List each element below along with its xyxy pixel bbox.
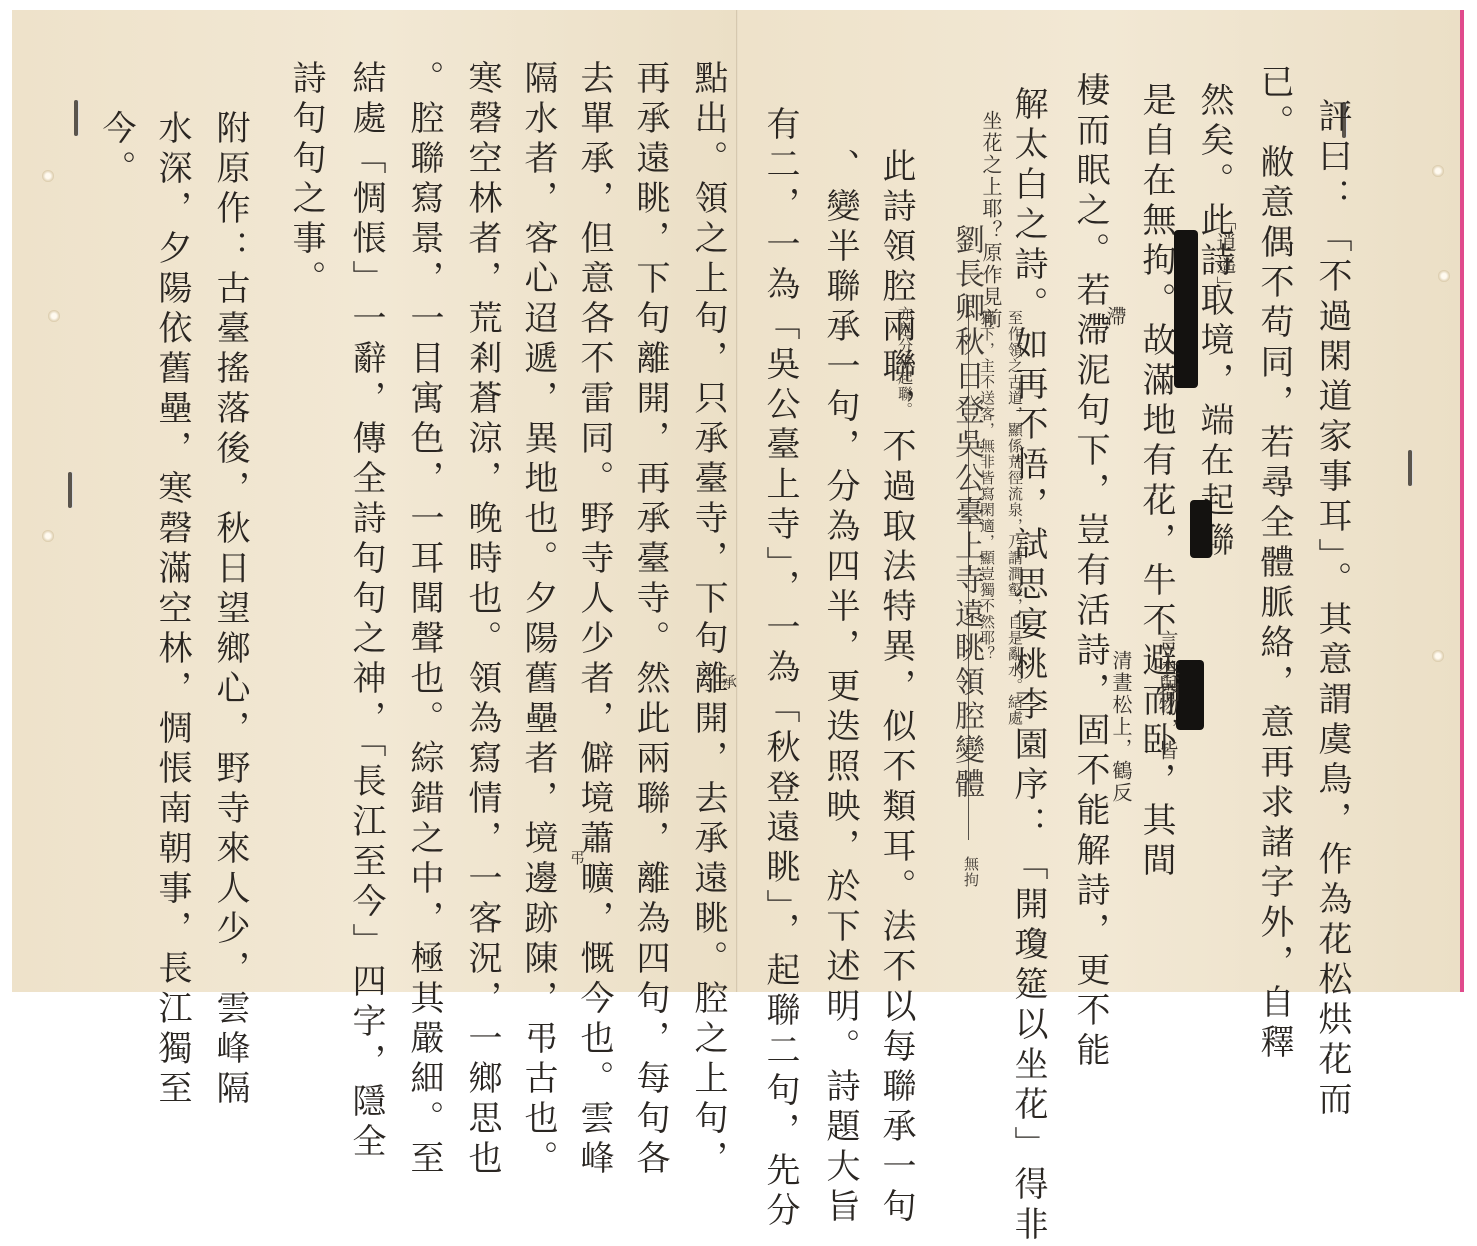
binding-hole: [1438, 270, 1450, 282]
text-column: 此詩領腔兩聯，不過取法特異，似不類耳。法不以每聯承一句: [876, 148, 916, 1000]
text-column: 。腔聯寫景，一目寓色，一耳聞聲也。綜錯之中，極其嚴細。至: [404, 60, 444, 1000]
binding-hole: [42, 530, 54, 542]
margin-note: 亦是分承起聯。: [896, 306, 913, 418]
text-column: 評曰：「不過閑道家事耳」。其意謂虞鳥，作為花松烘花而: [1312, 98, 1352, 1000]
binding-hole: [42, 170, 54, 182]
interlinear-note: 其間: [1158, 660, 1180, 704]
binding-hole: [48, 310, 60, 322]
redaction-mark: [1190, 500, 1212, 558]
text-column: 隔水者，客心迢遞，異地也。夕陽舊壘者，境邊跡陳，弔古也。: [518, 60, 558, 1000]
interlinear-note: 至作領之古道，顯係荒徑流泉，乃謂澗壑，自是亂水。結處: [1006, 310, 1023, 726]
text-column: 是自在無拘。故滿地有花，牛不避而卧，其間: [1136, 82, 1176, 882]
binding-hole: [1432, 650, 1444, 662]
original-poem-column: 今。: [96, 110, 136, 190]
text-column: 棲而眠之。若滯泥句下，豈有活詩，固不能解詩，更不能: [1070, 72, 1110, 1000]
text-column: 已。敝意偶不苟同，若尋全體脈絡，意再求諸字外，自釋: [1254, 64, 1294, 1000]
interlinear-note: 滯: [1104, 306, 1126, 328]
interlinear-note: 無拘: [962, 856, 979, 888]
text-column: 詩句句之事。: [286, 60, 326, 300]
correction-note: 弔: [568, 850, 585, 866]
left-page: 點出。領之上句，只承臺寺，下句離開，去承遠眺。腔之上句， 再承遠眺，下句離開，再…: [12, 10, 738, 992]
text-column: 、變半聯承一句，分為四半，更迭照映，於下述明。詩題大旨: [820, 148, 860, 1000]
section-title: 劉長卿秋日登吳公臺上寺遠眺領腔變體: [946, 224, 986, 802]
original-poem-column: 附原作：古臺搖落後，秋日望鄉心，野寺來人少，雲峰隔: [210, 110, 250, 1000]
staple-bottom: [1408, 450, 1412, 486]
binding-hole: [1432, 165, 1444, 177]
staple-bottom: [68, 472, 72, 508]
correction-note: 承: [720, 674, 737, 690]
text-column: 結處「惆悵」一辭，傳全詩句句之神，「長江至今」四字，隱全: [346, 60, 386, 1000]
page-edge: [1460, 10, 1464, 992]
original-poem-column: 水深，夕陽依舊壘，寒磬滿空林，惆悵南朝事，長江獨至: [152, 110, 192, 1000]
right-page: 評曰：「不過閑道家事耳」。其意謂虞鳥，作為花松烘花而 已。敝意偶不苟同，若尋全體…: [738, 10, 1464, 992]
text-column: 寒磬空林者，荒剎蒼涼，晚時也。領為寫情，一客況，一鄉思也: [462, 60, 502, 1000]
text-column: 然矣。此詩取境，端在起聯: [1194, 82, 1234, 562]
staple-top: [74, 100, 78, 136]
interlinear-note: 清晝松上，鶴反: [1110, 650, 1132, 804]
text-column: 再承遠眺，下句離開，再承臺寺。然此兩聯，離為四句，每句各: [630, 60, 670, 1000]
redaction-mark: [1174, 230, 1198, 388]
text-column: 點出。領之上句，只承臺寺，下句離開，去承遠眺。腔之上句，: [688, 60, 728, 1000]
text-column: 有二，一為「吳公臺上寺」，一為「秋登遠眺」，起聯二句，先分: [760, 106, 800, 1000]
interlinear-note: 「逍遥」: [1214, 210, 1236, 298]
book-spread: 點出。領之上句，只承臺寺，下句離開，去承遠眺。腔之上句， 再承遠眺，下句離開，再…: [12, 10, 1464, 992]
